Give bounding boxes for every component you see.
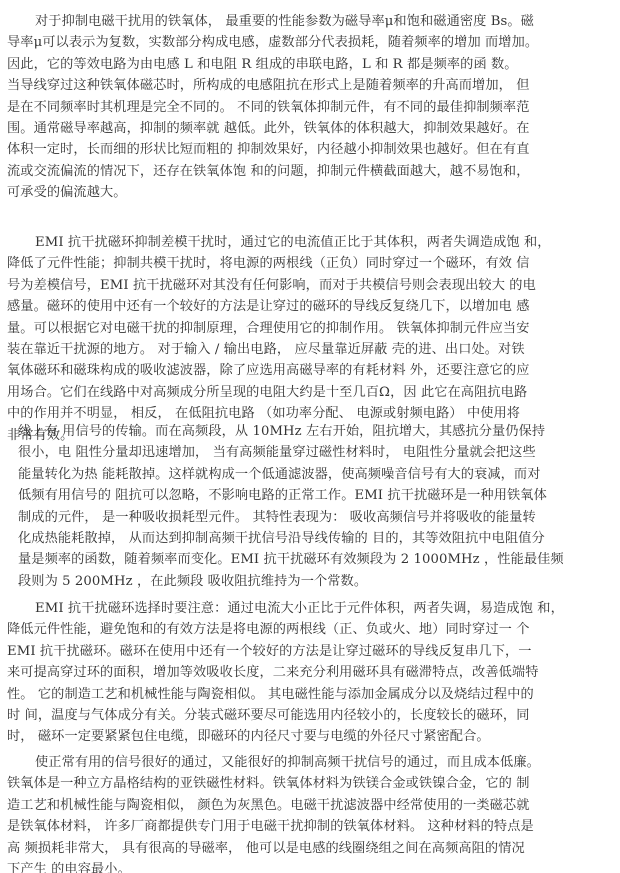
text-line: 感量。磁环的使用中还有一个较好的方法是让穿过的磁环的导线反复绕几下，以增加电 感: [7, 296, 551, 317]
text-line: 下产生 的电容最小。: [7, 859, 540, 873]
text-line: 时， 磁环一定要紧紧包住电缆，即磁环的内径尺寸要与电缆的外径尺寸紧密配合。: [7, 726, 564, 747]
text-line: 导率μ可以表示为复数，实数部分构成电感，虚数部分代表损耗，随着频率的增加 而增加…: [7, 32, 538, 53]
text-line: 是铁氧体材料， 许多厂商都提供专门用于电磁干扰抑制的铁氧体材料。 这种材料的特点…: [7, 816, 540, 837]
text-line: 对于抑制电磁干扰用的铁氧体， 最重要的性能参数为磁导率μ和饱和磁通密度 Bs。磁: [7, 11, 538, 32]
text-line: 装在靠近干扰源的地方。 对于输入 / 输出电路， 应尽量靠近屏蔽 壳的进、出口处…: [7, 339, 551, 360]
text-line: EMI 抗干扰磁环抑制差模干扰时，通过它的电流值正比于其体积，两者失调造成饱 和…: [7, 232, 551, 253]
text-line: 段则为 5 200MHz ，在此频段 吸收阻抗维持为一个常数。: [18, 571, 564, 592]
text-line: 氧体磁环和磁珠构成的吸收滤波器，除了应选用高磁导率的有耗材料 外，还要注意它的应: [7, 360, 551, 381]
text-line: 造工艺和机械性能与陶瓷相似， 颜色为灰黑色。电磁干扰滤波器中经常使用的一类磁芯就: [7, 795, 540, 816]
text-line: 能量转化为热 能耗散掉。这样就构成一个低通滤波器，使高频噪音信号有大的衰减，而对: [18, 464, 564, 485]
text-line: 高 频损耗非常大， 具有很高的导磁率， 他可以是电感的线圈绕组之间在高频高阻的情…: [7, 838, 540, 859]
text-line: 低频有用信号的 阻抗可以忽略，不影响电路的正常工作。EMI 抗干扰磁环是一种用铁…: [18, 485, 564, 506]
text-line: 使正常有用的信号很好的通过，又能很好的抑制高频干扰信号的通过，而且成本低廉。: [7, 752, 540, 773]
text-line: 线上有 用信号的传输。而在高频段，从 10MHz 左右开始，阻抗增大，其感抗分量…: [18, 421, 564, 442]
text-line: 降低了元件性能；抑制共模干扰时，将电源的两根线（正负）同时穿过一个磁环，有效 信: [7, 253, 551, 274]
text-line: 当导线穿过这种铁氧体磁芯时，所构成的电感阻抗在形式上是随着频率的升高而增加， 但: [7, 75, 538, 96]
text-line: 很小，电 阻性分量却迅速增加， 当有高频能量穿过磁性材料时， 电阻性分量就会把这…: [18, 442, 564, 463]
text-line: 围。通常磁导率越高，抑制的频率就 越低。此外，铁氧体的体积越大，抑制效果越好。在: [7, 118, 538, 139]
paragraph-high-frequency-absorption: 线上有 用信号的传输。而在高频段，从 10MHz 左右开始，阻抗增大，其感抗分量…: [18, 421, 564, 592]
text-line: 量是频率的函数，随着频率而变化。EMI 抗干扰磁环有效频段为 2 1000MHz…: [18, 549, 564, 570]
text-line: 来可提高穿过环的面积，增加等效吸收长度，二来充分利用磁环具有磁滞特点，改善低端特: [7, 662, 564, 683]
text-line: 号为差模信号，EMI 抗干扰磁环对其没有任何影响，而对于共模信号则会表现出较大 …: [7, 275, 551, 296]
text-line: 用场合。它们在线路中对高频成分所呈现的电阻大约是十至几百Ω，因 此它在高阻抗电路: [7, 382, 551, 403]
paragraph-emi-ring-selection: EMI 抗干扰磁环选择时要注意：通过电流大小正比于元件体积，两者失调，易造成饱 …: [7, 598, 564, 748]
text-line: 化成热能耗散掉， 从而达到抑制高频干扰信号沿导线传输的 目的，其等效阻抗中电阻值…: [18, 528, 564, 549]
text-line: 可承受的偏流越大。: [7, 182, 538, 203]
text-line: 时 间，温度与气体成分有关。分装式磁环要尽可能选用内径较小的，长度较长的磁环，同: [7, 705, 564, 726]
text-line: 流或交流偏流的情况下，还存在铁氧体饱 和的问题，抑制元件横截面越大，越不易饱和，: [7, 161, 538, 182]
text-line: 性。 它的制造工艺和机械性能与陶瓷相似。 其电磁性能与添加金属成分以及烧结过程中…: [7, 684, 564, 705]
text-line: 降低元件性能，避免饱和的有效方法是将电源的两根线（正、负或火、地）同时穿过一 个: [7, 619, 564, 640]
paragraph-emi-differential-common-mode: EMI 抗干扰磁环抑制差模干扰时，通过它的电流值正比于其体积，两者失调造成饱 和…: [7, 232, 551, 446]
text-line: EMI 抗干扰磁环选择时要注意：通过电流大小正比于元件体积，两者失调，易造成饱 …: [7, 598, 564, 619]
text-line: 制成的元件， 是一种吸收损耗型元件。 其特性表现为： 吸收高频信号并将吸收的能量…: [18, 507, 564, 528]
text-line: 因此，它的等效电路为由电感 L 和电阻 R 组成的串联电路，L 和 R 都是频率…: [7, 54, 538, 75]
text-line: 铁氧体是一种立方晶格结构的亚铁磁性材料。铁氧体材料为铁镁合金或铁镍合金，它的 制: [7, 773, 540, 794]
text-line: 是在不同频率时其机理是完全不同的。 不同的铁氧体抑制元件，有不同的最佳抑制频率范: [7, 97, 538, 118]
paragraph-ferrite-parameters: 对于抑制电磁干扰用的铁氧体， 最重要的性能参数为磁导率μ和饱和磁通密度 Bs。磁…: [7, 11, 538, 204]
text-line: 体积一定时，长而细的形状比短而粗的 抑制效果好，内径越小抑制效果也越好。但在有直: [7, 139, 538, 160]
text-line: EMI 抗干扰磁环。磁环在使用中还有一个较好的方法是让穿过磁环的导线反复串几下，…: [7, 641, 564, 662]
text-line: 量。可以根据它对电磁干扰的抑制原理，合理使用它的抑制作用。 铁氧体抑制元件应当安: [7, 318, 551, 339]
paragraph-ferrite-material: 使正常有用的信号很好的通过，又能很好的抑制高频干扰信号的通过，而且成本低廉。铁氧…: [7, 752, 540, 873]
